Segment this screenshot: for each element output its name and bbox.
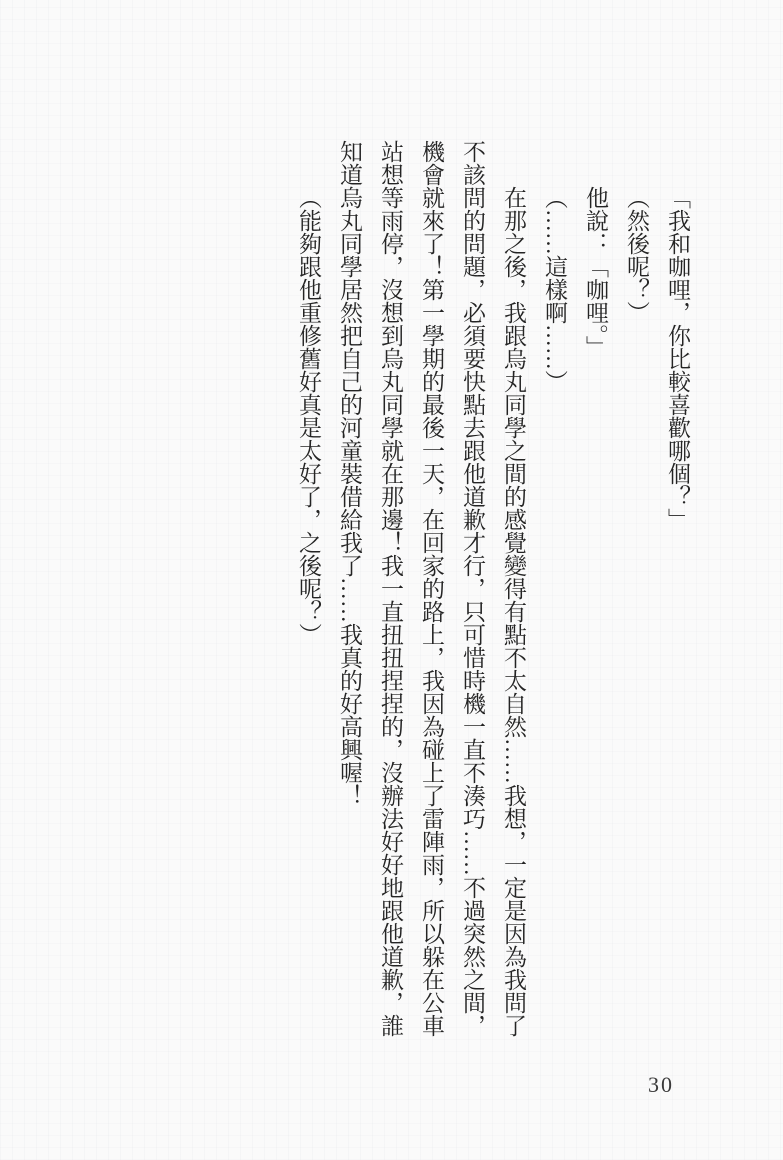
- dialogue-column-2: （然後呢？）: [616, 140, 657, 1040]
- dialogue-column-1: 「我和咖哩，你比較喜歡哪個？」: [657, 140, 698, 1040]
- paragraph-column-3: 機會就來了！第一學期的最後一天，在回家的路上，我因為碰上了雷陣雨，所以躲在公車: [411, 140, 452, 1040]
- dialogue-column-3: 他說：「咖哩。」: [575, 140, 616, 1040]
- page-body-text: 「我和咖哩，你比較喜歡哪個？」 （然後呢？） 他說：「咖哩。」 （……這樣啊………: [288, 140, 698, 1040]
- dialogue-column-4: （……這樣啊……）: [534, 140, 575, 1040]
- paragraph-column-5: 知道烏丸同學居然把自己的河童裝借給我了……我真的好高興喔！: [329, 140, 370, 1040]
- book-page: { "page": { "columns": [ "「我和咖哩，你比較喜歡哪個？…: [0, 0, 783, 1160]
- dialogue-column-5: （能夠跟他重修舊好真是太好了，之後呢？）: [288, 140, 329, 1040]
- paragraph-column-2: 不該問的問題，必須要快點去跟他道歉才行，只可惜時機一直不湊巧……不過突然之間，: [452, 140, 493, 1040]
- paragraph-column-1: 在那之後，我跟烏丸同學之間的感覺變得有點不太自然……我想，一定是因為我問了: [493, 140, 534, 1040]
- page-number: 30: [648, 1072, 674, 1098]
- paragraph-column-4: 站想等雨停，沒想到烏丸同學就在那邊！我一直扭扭捏捏的，沒辦法好好地跟他道歉，誰: [370, 140, 411, 1040]
